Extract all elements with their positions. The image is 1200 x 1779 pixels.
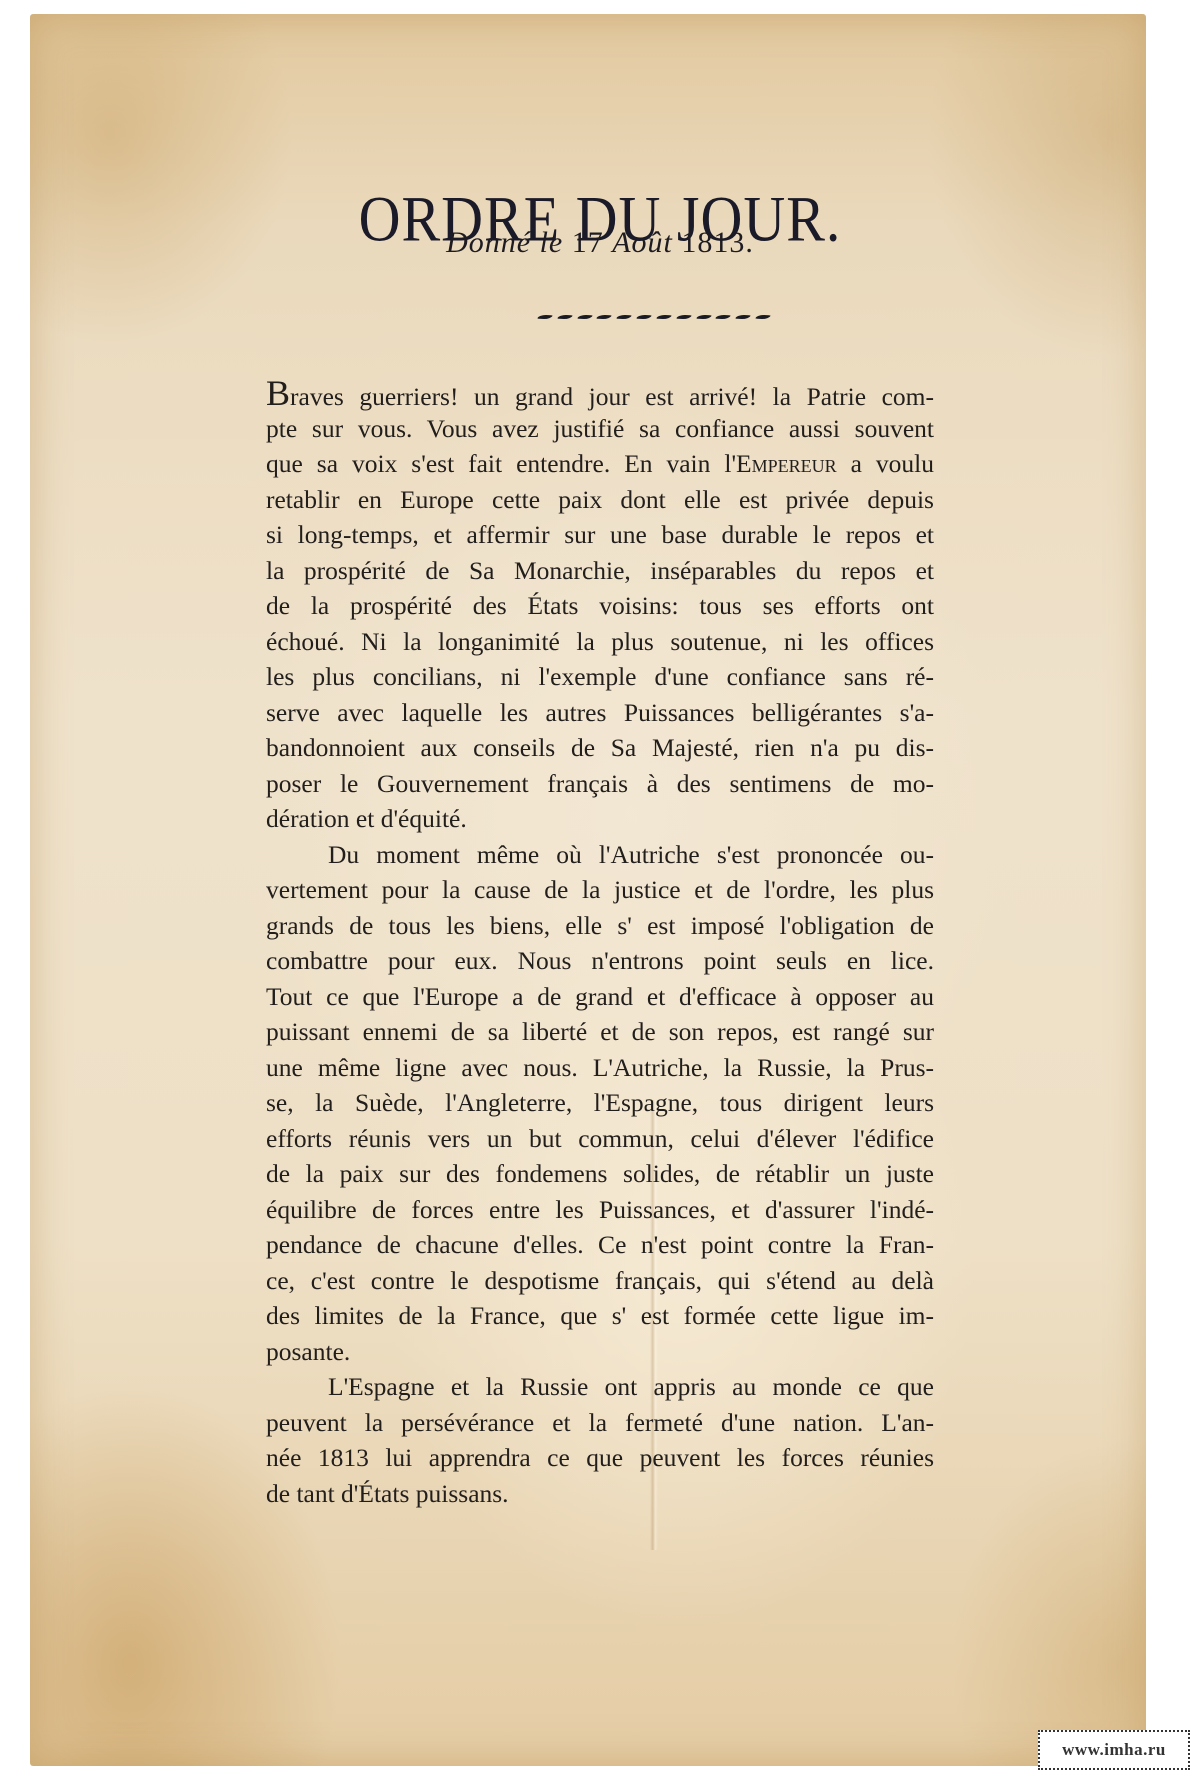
text-line: née 1813 lui apprendra ce que peuvent le… <box>266 1440 934 1476</box>
text-line: combattre pour eux. Nous n'entrons point… <box>266 943 934 979</box>
emperor-smallcaps: Empereur <box>736 449 837 478</box>
date-day: 17 <box>572 226 604 259</box>
text-line: L'Espagne et la Russie ont appris au mon… <box>266 1369 934 1405</box>
site-watermark: www.imha.ru <box>1038 1730 1190 1770</box>
text-line: une même ligne avec nous. L'Autriche, la… <box>266 1050 934 1086</box>
text-line: retablir en Europe cette paix dont elle … <box>266 482 934 518</box>
document-body: Braves guerriers! un grand jour est arri… <box>266 375 934 1511</box>
paragraph-2: Du moment même où l'Autriche s'est prono… <box>266 837 934 1370</box>
text-line: ce, c'est contre le despotisme français,… <box>266 1263 934 1299</box>
text-line: Du moment même où l'Autriche s'est prono… <box>266 837 934 873</box>
text-line: bandonnoient aux conseils de Sa Majesté,… <box>266 730 934 766</box>
text-line: se, la Suède, l'Angleterre, l'Espagne, t… <box>266 1085 934 1121</box>
ornamental-divider-icon <box>538 312 770 322</box>
text-line: efforts réunis vers un but commun, celui… <box>266 1121 934 1157</box>
text-line: de tant d'États puissans. <box>266 1476 934 1512</box>
text-line: équilibre de forces entre les Puissances… <box>266 1192 934 1228</box>
date-month: Août <box>612 226 673 259</box>
text-line: peuvent la persévérance et la fermeté d'… <box>266 1405 934 1441</box>
date-prefix: Donné le <box>446 226 563 259</box>
paragraph-3: L'Espagne et la Russie ont appris au mon… <box>266 1369 934 1511</box>
drop-cap: B <box>266 373 290 413</box>
text-line: poser le Gouvernement français à des sen… <box>266 766 934 802</box>
text-line: que sa voix s'est fait entendre. En vain… <box>266 446 934 482</box>
text-line: pte sur vous. Vous avez justifié sa conf… <box>266 411 934 447</box>
document-date-line: Donné le 17 Août 1813. <box>0 226 1200 260</box>
text-line: posante. <box>266 1334 934 1370</box>
text-line: pendance de chacune d'elles. Ce n'est po… <box>266 1227 934 1263</box>
text-line: grands de tous les biens, elle s' est im… <box>266 908 934 944</box>
text-line: de la paix sur des fondemens solides, de… <box>266 1156 934 1192</box>
text-line: échoué. Ni la longanimité la plus souten… <box>266 624 934 660</box>
text-line: la prospérité de Sa Monarchie, inséparab… <box>266 553 934 589</box>
text-line: des limites de la France, que s' est for… <box>266 1298 934 1334</box>
text-line: Tout ce que l'Europe a de grand et d'eff… <box>266 979 934 1015</box>
text-line: les plus concilians, ni l'exemple d'une … <box>266 659 934 695</box>
text-line: de la prospérité des États voisins: tous… <box>266 588 934 624</box>
text-line: puissant ennemi de sa liberté et de son … <box>266 1014 934 1050</box>
text-line: Braves guerriers! un grand jour est arri… <box>266 375 934 411</box>
text-line: vertement pour la cause de la justice et… <box>266 872 934 908</box>
text-line: serve avec laquelle les autres Puissance… <box>266 695 934 731</box>
date-year: 1813. <box>681 226 754 259</box>
text-line: si long-temps, et affermir sur une base … <box>266 517 934 553</box>
paragraph-1: Braves guerriers! un grand jour est arri… <box>266 375 934 837</box>
text-line: dération et d'équité. <box>266 801 934 837</box>
